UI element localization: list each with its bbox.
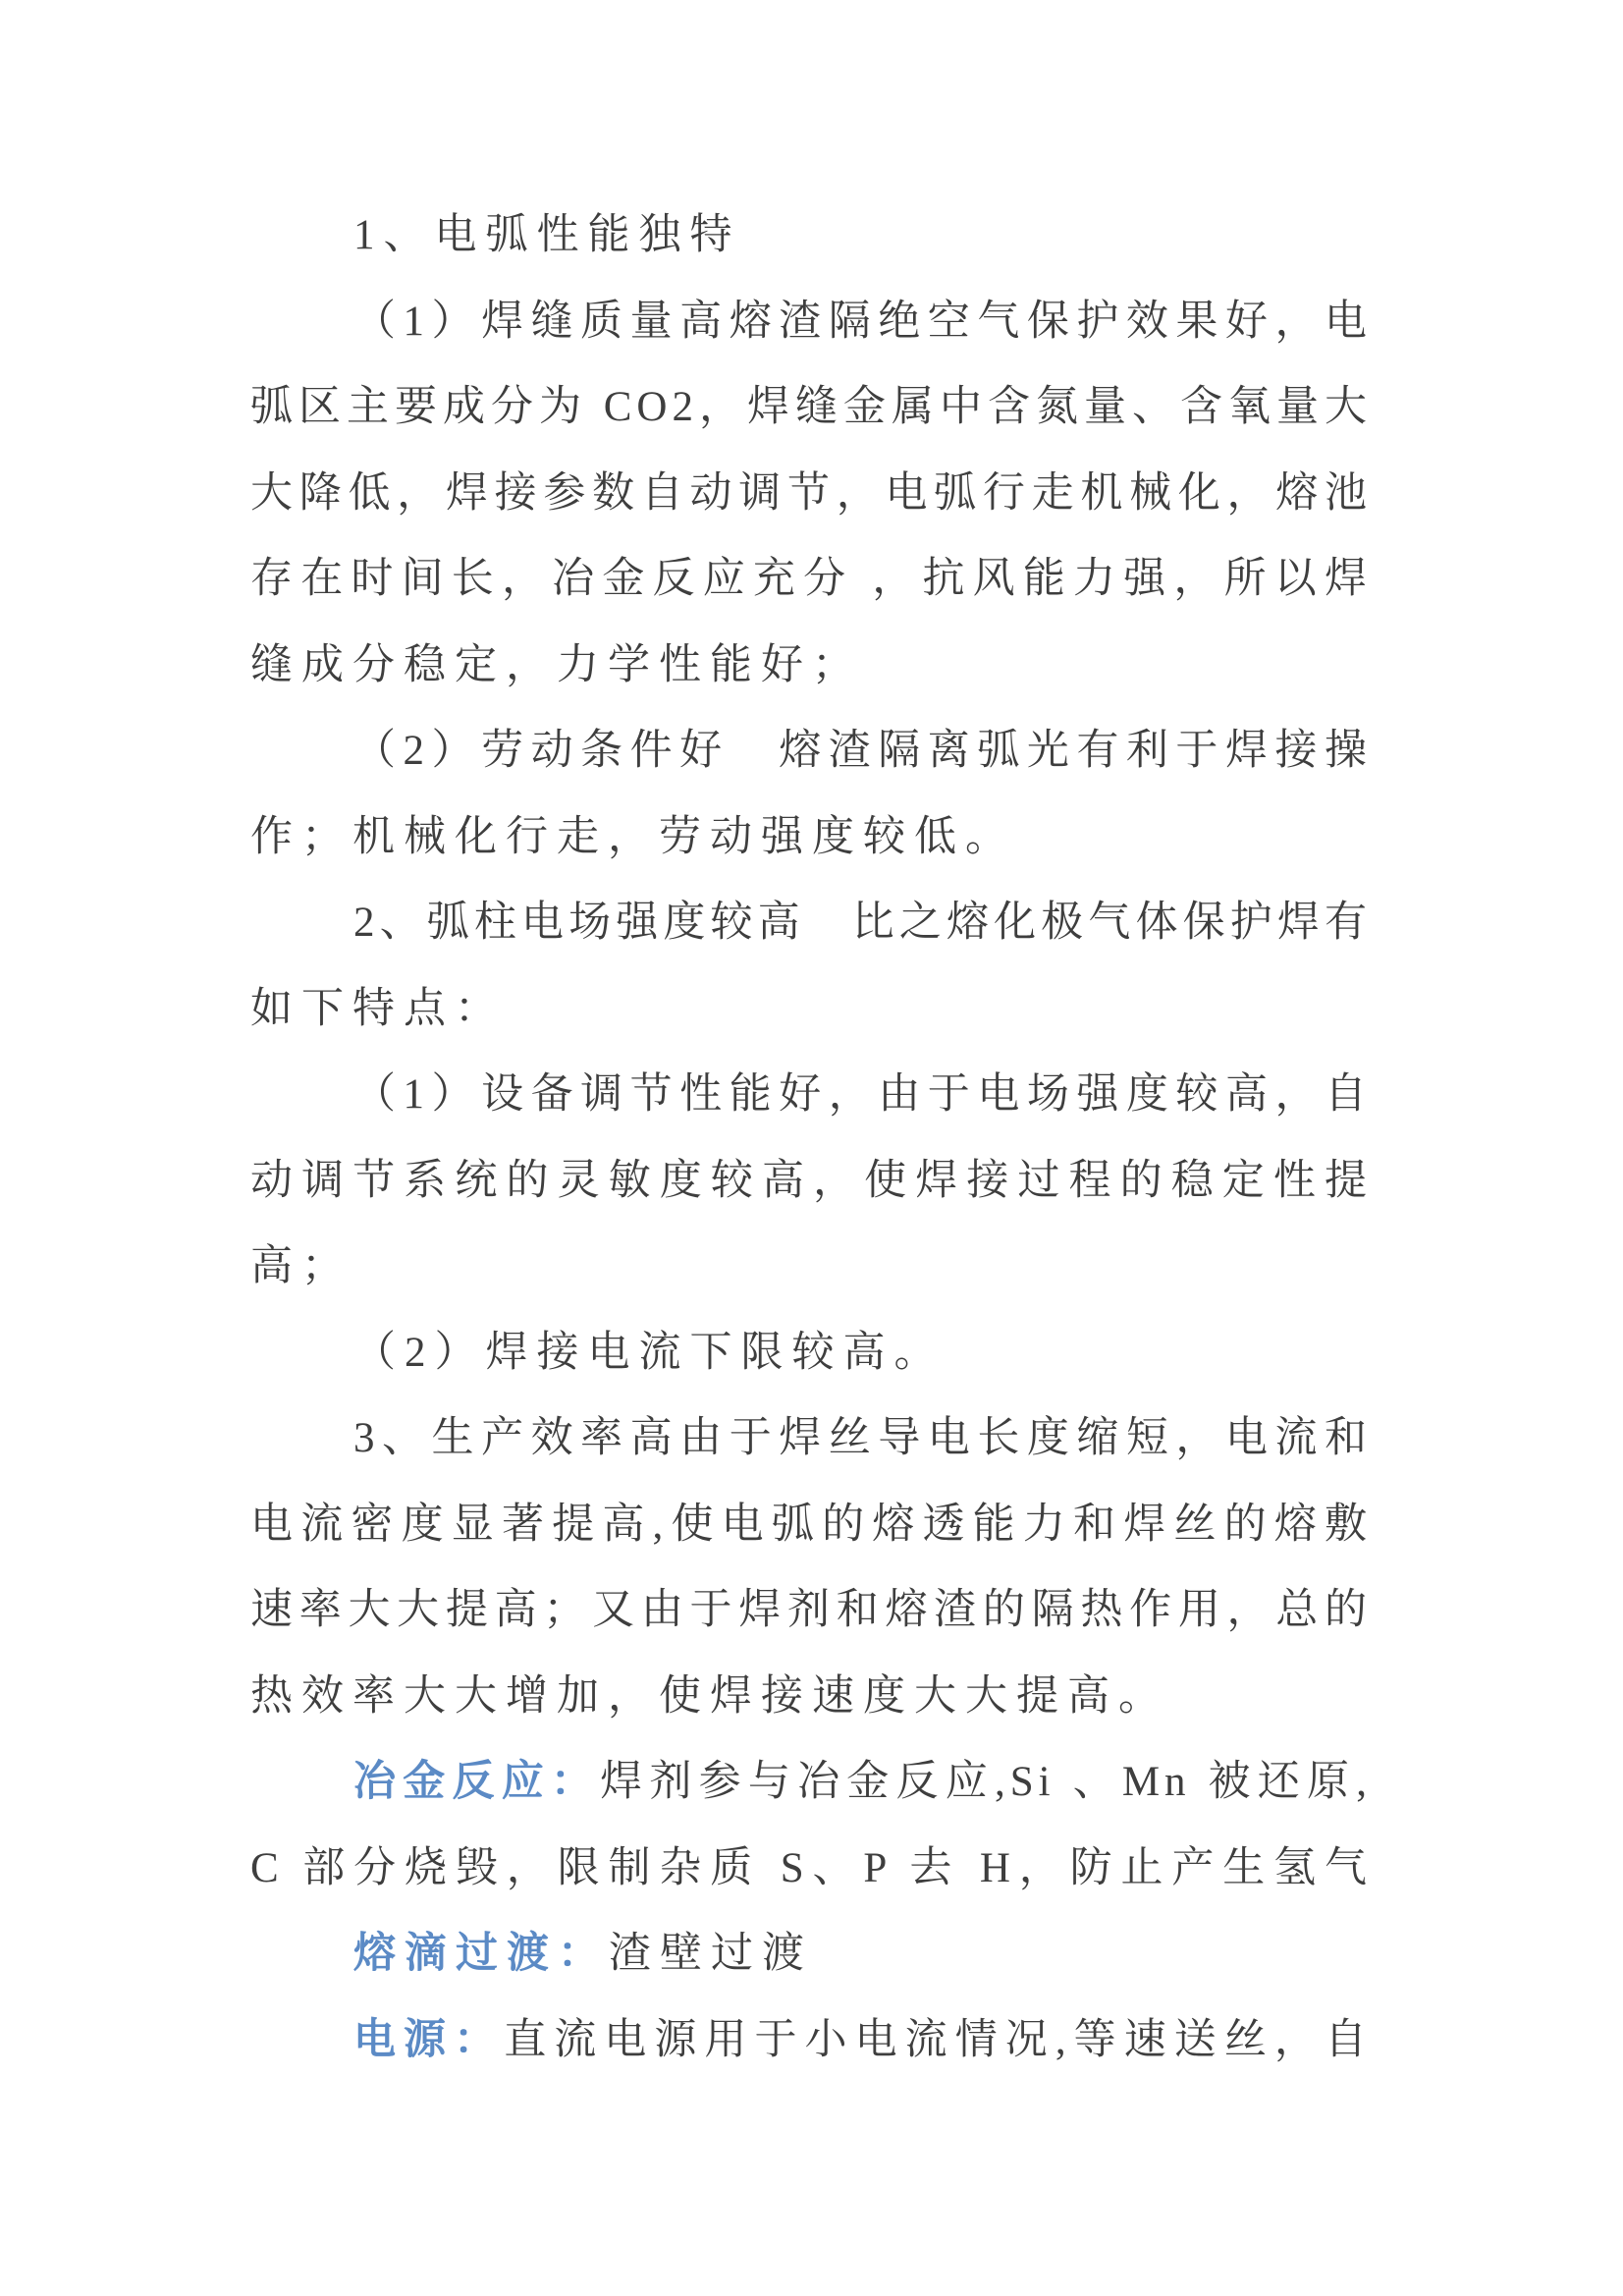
term-power-label: 电源： [353, 2017, 504, 2063]
text-line-metallurgy-cont: C 部分烧毁，限制杂质 S、P 去 H，防止产生氢气孔。 [250, 1826, 1372, 1912]
text-line-sub1-3: 高； [250, 1224, 1372, 1310]
text-line-sub2: （2）焊接电流下限较高。 [250, 1310, 1372, 1396]
document-text-block: 1、电弧性能独特 （1）焊缝质量高熔渣隔绝空气保护效果好，电 弧区主要成分为 C… [250, 192, 1372, 2083]
text-line-item2-1: （2）劳动条件好 熔渣隔离弧光有利于焊接操 [250, 708, 1372, 794]
text-line-heading-2: 2、弧柱电场强度较高 比之熔化极气体保护焊有 [250, 880, 1372, 966]
term-droplet-text: 渣壁过渡 [609, 1931, 813, 1977]
text-line-heading-3: 3、生产效率高由于焊丝导电长度缩短，电流和 [250, 1395, 1372, 1482]
text-line-heading-1: 1、电弧性能独特 [250, 192, 1372, 279]
text-line-power-source: 电源：直流电源用于小电流情况,等速送丝，自 [250, 1997, 1372, 2084]
term-metallurgy-label: 冶金反应： [353, 1759, 600, 1805]
text-line-droplet-transfer: 熔滴过渡：渣壁过渡 [250, 1911, 1372, 1997]
text-line-sub1-1: （1）设备调节性能好，由于电场强度较高，自 [250, 1052, 1372, 1138]
text-line-sub1-2: 动调节系统的灵敏度较高，使焊接过程的稳定性提 [250, 1138, 1372, 1225]
term-power-text: 直流电源用于小电流情况,等速送丝，自 [504, 2017, 1372, 2063]
text-line-item1-4: 存在时间长，冶金反应充分 ，抗风能力强，所以焊 [250, 536, 1372, 623]
text-line-heading-3-cont2: 速率大大提高；又由于焊剂和熔渣的隔热作用，总的 [250, 1567, 1372, 1654]
text-line-item2-2: 作；机械化行走，劳动强度较低。 [250, 794, 1372, 881]
text-line-heading-2-cont: 如下特点： [250, 966, 1372, 1053]
text-line-item1-2: 弧区主要成分为 CO2，焊缝金属中含氮量、含氧量大 [250, 364, 1372, 451]
text-line-item1-5: 缝成分稳定，力学性能好； [250, 623, 1372, 709]
document-page: 1、电弧性能独特 （1）焊缝质量高熔渣隔绝空气保护效果好，电 弧区主要成分为 C… [0, 0, 1623, 2296]
text-line-heading-3-cont3: 热效率大大增加，使焊接速度大大提高。 [250, 1654, 1372, 1740]
text-line-item1-1: （1）焊缝质量高熔渣隔绝空气保护效果好，电 [250, 279, 1372, 365]
text-line-item1-3: 大降低，焊接参数自动调节，电弧行走机械化，熔池 [250, 451, 1372, 537]
text-line-metallurgy: 冶金反应：焊剂参与冶金反应,Si 、Mn 被还原, [250, 1739, 1372, 1826]
term-droplet-label: 熔滴过渡： [353, 1931, 609, 1977]
term-metallurgy-text: 焊剂参与冶金反应,Si 、Mn 被还原, [600, 1759, 1372, 1805]
text-line-heading-3-cont1: 电流密度显著提高,使电弧的熔透能力和焊丝的熔敷 [250, 1482, 1372, 1568]
